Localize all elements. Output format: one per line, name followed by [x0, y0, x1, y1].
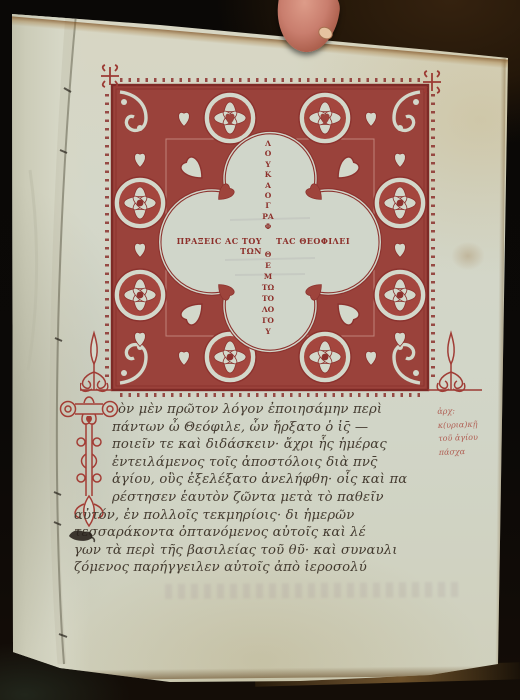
headpiece-title-right: ΤΑϹ ΘΕΟΦΙΛΕΙ	[276, 236, 388, 246]
marginal-rubric: ἀρχ: κ(υρια)κῇ τοῦ ἁγίου πάσχα	[437, 403, 499, 459]
rubric-line: πάσχα	[438, 443, 498, 459]
text-line: ἐντειλάμενος τοῖς ἀποστόλοις διὰ πνς̄	[62, 454, 460, 472]
parchment-page: ΠΡΑΞΕΙϹ ΑϹ ΤΟΥ ΤΩΝ ΤΑϹ ΘΕΟΦΙΛΕΙ Λ Ο Υ Κ …	[0, 0, 520, 700]
text-line: γων τὰ περὶ τῆς βασιλείας τοῦ θῦ· καὶ συ…	[62, 542, 460, 560]
text-line: τεσσαράκοντα ὀπτανόμενος αὐτοῖς καὶ λέ	[62, 524, 460, 542]
ink-blot	[68, 528, 96, 544]
show-through-text	[165, 582, 460, 599]
text-line: αὐτόν, ἐν πολλοῖς τεκμηρίοις· δι ἡμερῶν	[62, 507, 460, 525]
photo-of-manuscript: ΠΡΑΞΕΙϹ ΑϹ ΤΟΥ ΤΩΝ ΤΑϹ ΘΕΟΦΙΛΕΙ Λ Ο Υ Κ …	[0, 0, 520, 700]
text-line: ἁγίου, οὓς ἐξελέξατο ἀνελήφθη· οἷς καὶ π…	[62, 471, 460, 489]
text-line: ὸν μὲν πρῶτον λόγον ἐποιησάμην περὶ	[62, 401, 460, 419]
headpiece-title-vertical-top: Λ Ο Υ Κ Α Ο Γ ΡΑ Φ	[259, 139, 277, 233]
text-line: πάντων ὦ Θεόφιλε, ὧν ἤρξατο ὁ ἰς̄ —	[62, 419, 460, 437]
text-line: ρέστησεν ἑαυτὸν ζῶντα μετὰ τὸ παθεῖν	[62, 489, 460, 507]
headpiece-title-vertical-bottom: Θ Ε Μ ΤΩ ΤΟ ΛΟ ΓΟ Υ	[259, 249, 277, 337]
headpiece-ornament	[80, 60, 490, 410]
text-line: ποιεῖν τε καὶ διδάσκειν· ἄχρι ἧς ἡμέρας	[62, 436, 460, 454]
body-text-block: ὸν μὲν πρῶτον λόγον ἐποιησάμην περὶ πάντ…	[62, 401, 460, 577]
text-line: ζόμενος παρήγγειλεν αὐτοῖς ἀπὸ ἱεροσολύ	[62, 559, 460, 577]
headpiece-title-left: ΠΡΑΞΕΙϹ ΑϹ ΤΟΥ ΤΩΝ	[166, 236, 262, 256]
